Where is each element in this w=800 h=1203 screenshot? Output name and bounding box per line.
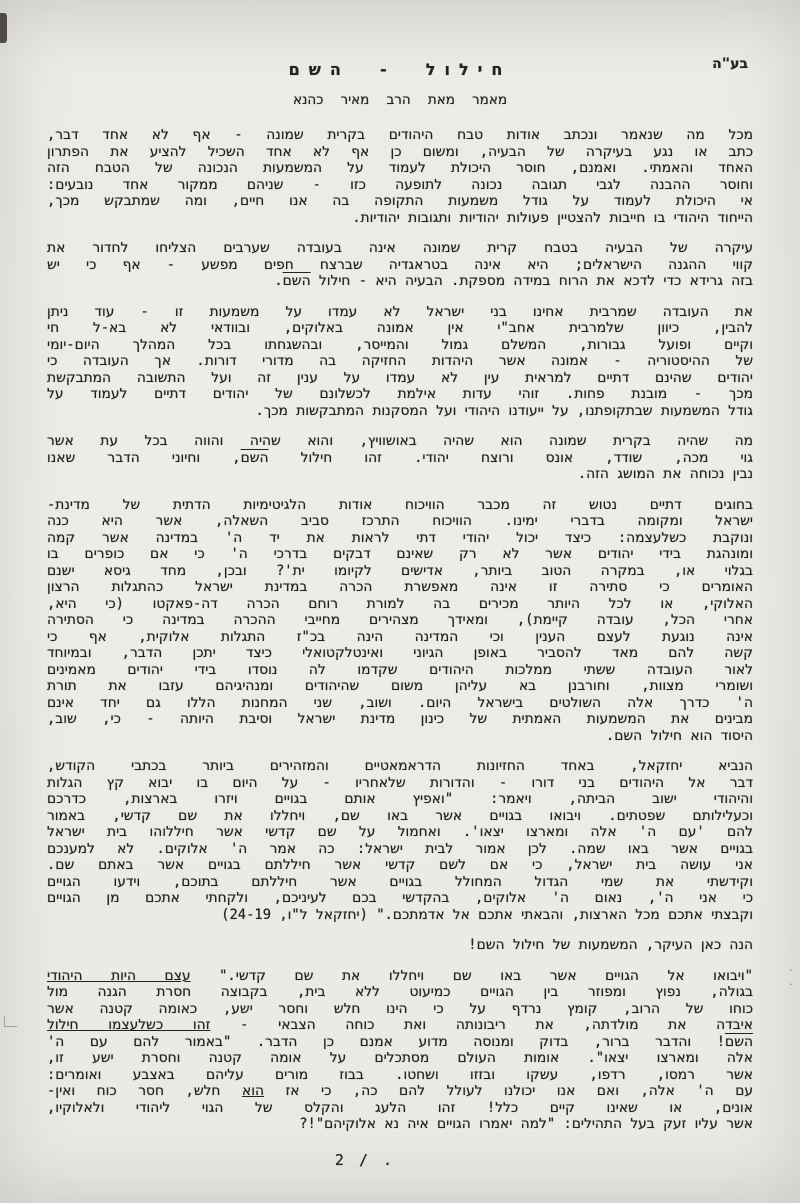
text-line: ומונהגת בידי יהודים אשר לא רק שאינם דבקי… — [47, 546, 753, 563]
text-line: הנה כאן העיקר, המשמעות של חילול השם! — [47, 937, 753, 954]
text-line: השם! והדבר ברור, בדוק ומנוסה מדוע אמנם כ… — [47, 1034, 753, 1051]
text-line: בגלוי או, במקרה הטוב ביותר, אדישים לקיומ… — [47, 563, 753, 580]
text-line: וכעלילותם שפטתים. ויבואו בגויים אשר באו … — [47, 808, 753, 825]
paragraph: מה שהיה בקרית שמונה הוא שהיה באושוויץ, ו… — [47, 433, 753, 483]
text-line: את העובדה שמרבית אחינו בני ישראל לא עמדו… — [47, 304, 753, 321]
text-line: להם 'עם ה' אלה ומארצו יצאו'. ואחמול על ש… — [47, 824, 753, 841]
text-line: להבין, כיוון שלמרבית אחב"י אין אמונה באל… — [47, 320, 753, 337]
text-line: וקבצתי אתכם מכל הארצות, והבאתי אתכם אל א… — [47, 907, 753, 924]
article-title: חילול - השם — [0, 60, 800, 79]
text-line: "ויבואו אל הגויים אשר באו שם ויחללו את ש… — [47, 968, 753, 985]
text-line: מכל מה שנאמר ונכתב אודות טבח היהודים בקר… — [47, 127, 753, 144]
text-line: קשה להם מאד להסביר באופן הגיוני ואינטלקט… — [47, 645, 753, 662]
text-line: האחד והאמתי. ואמנם, חוסר היכולת לעמוד על… — [47, 160, 753, 177]
text-line: אחרי הכל, עובדה קיימת), ומאידך מצהירים מ… — [47, 612, 753, 629]
text-line: עיקרה של הבעיה בטבח קרית שמונה אינה בעוב… — [47, 240, 753, 257]
text-line: בגולה, נפוץ ומפוזר בין הגויים כמיעוט ללא… — [47, 984, 753, 1001]
document-body: מכל מה שנאמר ונכתב אודות טבח היהודים בקר… — [47, 127, 753, 1147]
text-line: והיהודי ישוב הביתה, ויאמר: "ואפיץ אותם ב… — [47, 791, 753, 808]
text-line: ושומרי מצוות, וחורבנן בא עליהן משום שהיה… — [47, 678, 753, 695]
paragraph: "ויבואו אל הגויים אשר באו שם ויחללו את ש… — [47, 968, 753, 1133]
text-line: האומרים כי סתירה זו אינה מאפשרת הכרה במד… — [47, 579, 753, 596]
text-line: ישראל ומקומה בדברי ימינו. הוויכוח התרכז … — [47, 513, 753, 530]
text-line: דבר אל היהודים בני דורו - והדורות שלאחרי… — [47, 775, 753, 792]
scan-smudge-margin — [4, 1016, 17, 1027]
text-line: אני עושה בית ישראל, כי אם לשם קדשי אשר ח… — [47, 857, 753, 874]
paragraph: הנביא יחזקאל, באחד החזיונות הדראמאטיים ו… — [47, 758, 753, 923]
text-line: אלה ומארצו יצאו". אומות העולם מסתכלים על… — [47, 1050, 753, 1067]
text-line: אשר עליו זעק בעל התהילים: "למה יאמרו הגו… — [47, 1116, 753, 1133]
article-byline: מאמר מאת הרב מאיר כהנא — [0, 92, 800, 108]
scan-smudge-corner — [0, 13, 7, 43]
text-line: וחוסר ההבנה לגבי תגובה נכונה לתופעה כזו … — [47, 177, 753, 194]
text-line: מבינים את המשמעות האמתית של כינון מדינת … — [47, 711, 753, 728]
paragraph: הנה כאן העיקר, המשמעות של חילול השם! — [47, 937, 753, 954]
text-line: כי אני ה', נאום ה' אלוקים, בהקדשי בכם לע… — [47, 890, 753, 907]
text-line: מה שהיה בקרית שמונה הוא שהיה באושוויץ, ו… — [47, 433, 753, 450]
text-line: ה' כדרך אלה השולטים בישראל היום. ושוב, ש… — [47, 695, 753, 712]
text-line: קווי ההגנה הישראלים; היא אינה בטראגדיה ש… — [47, 257, 753, 274]
text-line: בגויים אשר באו שמה. לכן אמור לבית ישראל:… — [47, 841, 753, 858]
text-line: לאור העובדה ששתי ממלכות היהודים שקדמו לה… — [47, 662, 753, 679]
text-line: עם ה' אלה, ואם אנו יכולנו לעולל להם כה, … — [47, 1083, 753, 1100]
text-line: אונים, או שאינו קיים כלל! זהו הלעג והקלס… — [47, 1100, 753, 1117]
paragraph: עיקרה של הבעיה בטבח קרית שמונה אינה בעוב… — [47, 240, 753, 290]
paragraph: בחוגים דתיים נטוש זה מכבר הוויכוח אודות … — [47, 497, 753, 745]
paragraph: מכל מה שנאמר ונכתב אודות טבח היהודים בקר… — [47, 127, 753, 226]
text-line: הייחוד היהודי בו חייבות להצטיין פעולות י… — [47, 210, 753, 227]
scanned-page: . . בע"ה חילול - השם מאמר מאת הרב מאיר כ… — [0, 0, 800, 1203]
text-line: בזה גרידא כדי לדכא את הרוח במידה מספקת. … — [47, 273, 753, 290]
text-line: ונוקבת כשלעצמה: כיצד יכול יהודי דתי לראו… — [47, 530, 753, 547]
text-line: כוחו של הרוב, קומץ נרדף על כי הינו חלש ו… — [47, 1001, 753, 1018]
text-line: יהודים שהינם דתיים למראית עין לא עמדו על… — [47, 370, 753, 387]
text-line: הנביא יחזקאל, באחד החזיונות הדראמאטיים ו… — [47, 758, 753, 775]
margin-pencil-marks: . . — [780, 962, 794, 1022]
text-line: של ההיסטוריה - אמונה אשר היהדות החזיקה ב… — [47, 353, 753, 370]
text-line: היסוד הוא חילול השם. — [47, 728, 753, 745]
text-line: גוי מכה, שודד, אונס ורוצח יהודי. זהו חיל… — [47, 450, 753, 467]
text-line: מכך - מובנת פחות. זוהי עדות אילמת לכשלונ… — [47, 386, 753, 403]
paragraph: את העובדה שמרבית אחינו בני ישראל לא עמדו… — [47, 304, 753, 420]
text-line: אשר רמסו, רדפו, עשקו ובזזו ושחטו. בבוז מ… — [47, 1067, 753, 1084]
text-line: גודל המשמעות שבתקופתנו, על ייעודנו היהוד… — [47, 403, 753, 420]
text-line: וקידשתי את שמי הגדול המחולל בגויים אשר ח… — [47, 874, 753, 891]
text-line: נבין נכוחה את המושג הזה. — [47, 466, 753, 483]
text-line: איבדה את מולדתה, את ריבונותה ואת כוחה הצ… — [47, 1017, 753, 1034]
text-line: אי היכולת לעמוד על גודל משמעות התקופה בה… — [47, 193, 753, 210]
text-line: אינה נוגעת לעצם הענין וכי המדינה הינה בכ… — [47, 629, 753, 646]
text-line: וקיים ופועל גבורות, המשלם גמול והמייסר, … — [47, 337, 753, 354]
text-line: בחוגים דתיים נטוש זה מכבר הוויכוח אודות … — [47, 497, 753, 514]
page-number: 2 / . — [305, 1151, 425, 1169]
text-line: האלוקי, או לכל היותר מכירים בה למורת רוח… — [47, 596, 753, 613]
text-line: כתב או נגע בעיקרה של הבעיה, ומשום כן אף … — [47, 144, 753, 161]
